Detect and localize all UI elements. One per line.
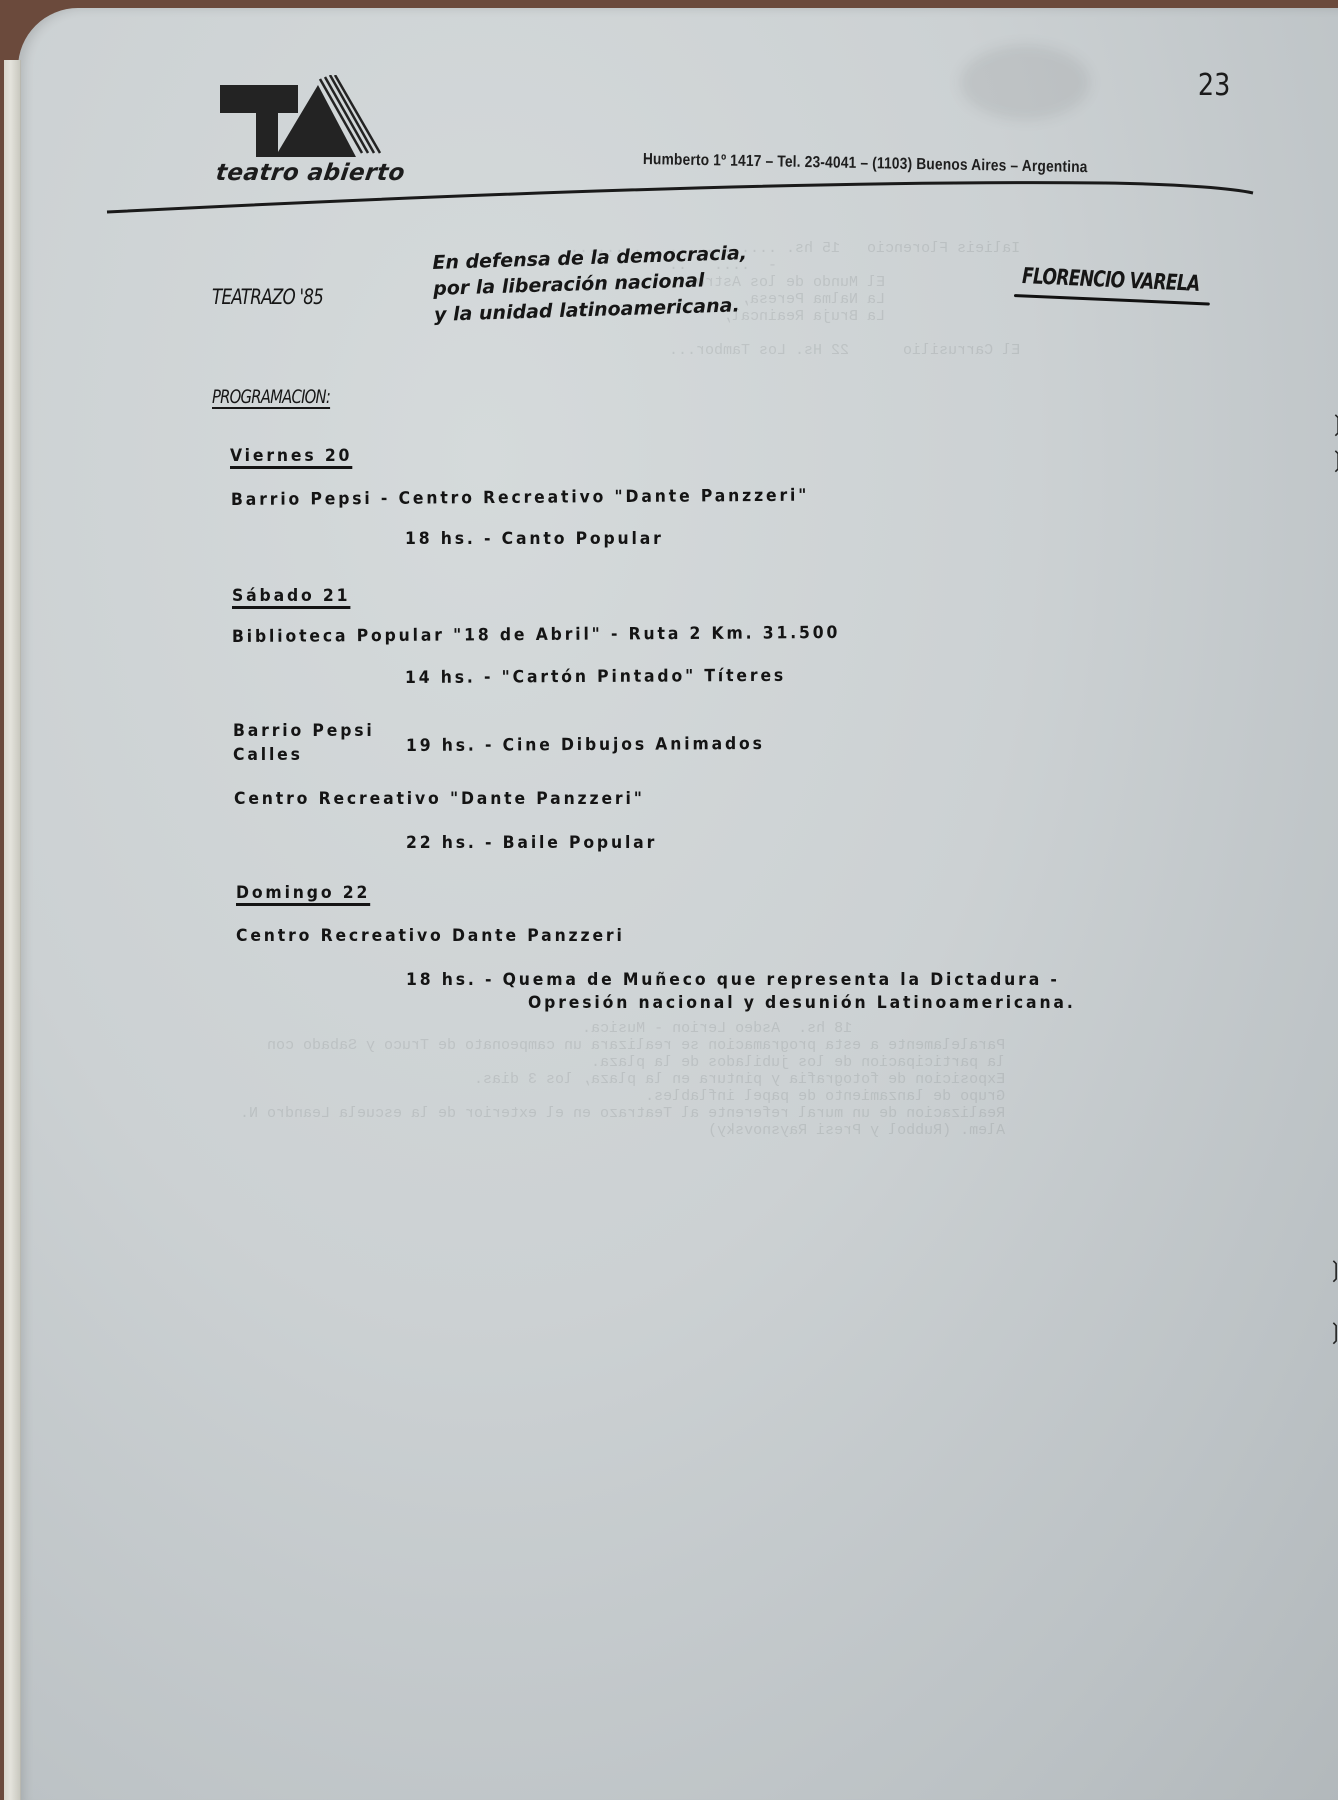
- venue: Centro Recreativo "Dante Panzzeri": [234, 789, 645, 809]
- event-item: 19 hs. - Cine Dibujos Animados: [406, 734, 765, 756]
- event-tag: TEATRAZO '85: [212, 285, 323, 309]
- venue-detail: Calles: [233, 745, 303, 765]
- venue: Centro Recreativo Dante Panzzeri: [236, 926, 625, 946]
- page-number: 23: [1198, 68, 1230, 103]
- day-heading: Sábado 21: [232, 586, 350, 606]
- motto: En defensa de la democracia, por la libe…: [432, 240, 749, 328]
- venue: Barrio Pepsi: [233, 721, 375, 741]
- venue: Biblioteca Popular "18 de Abril" - Ruta …: [232, 623, 840, 647]
- bleed-through-text-lower: 18 hs. Asdeo Lerion - Musica. Paralelame…: [240, 1020, 1005, 1139]
- staple-mark: ❳: [1326, 1320, 1338, 1345]
- programming-heading: PROGRAMACION:: [212, 386, 330, 408]
- event-item-continued: Opresión nacional y desunión Latinoameri…: [528, 993, 1076, 1013]
- event-item: 18 hs. - Canto Popular: [405, 529, 664, 549]
- event-item: 14 hs. - "Cartón Pintado" Títeres: [405, 666, 786, 688]
- page-stack-edge: [4, 60, 21, 1800]
- day-heading: Viernes 20: [230, 446, 352, 466]
- paper-stain: [960, 45, 1090, 120]
- event-item: 18 hs. - Quema de Muñeco que representa …: [406, 970, 1060, 990]
- header-divider: [105, 175, 1255, 225]
- teatro-abierto-logo-icon: [218, 75, 388, 160]
- staple-mark: ❳: [1326, 1258, 1338, 1283]
- event-item: 22 hs. - Baile Popular: [406, 833, 657, 853]
- staple-mark: ❳: [1328, 412, 1338, 437]
- day-heading: Domingo 22: [236, 883, 370, 903]
- staple-mark: ❳: [1328, 448, 1338, 473]
